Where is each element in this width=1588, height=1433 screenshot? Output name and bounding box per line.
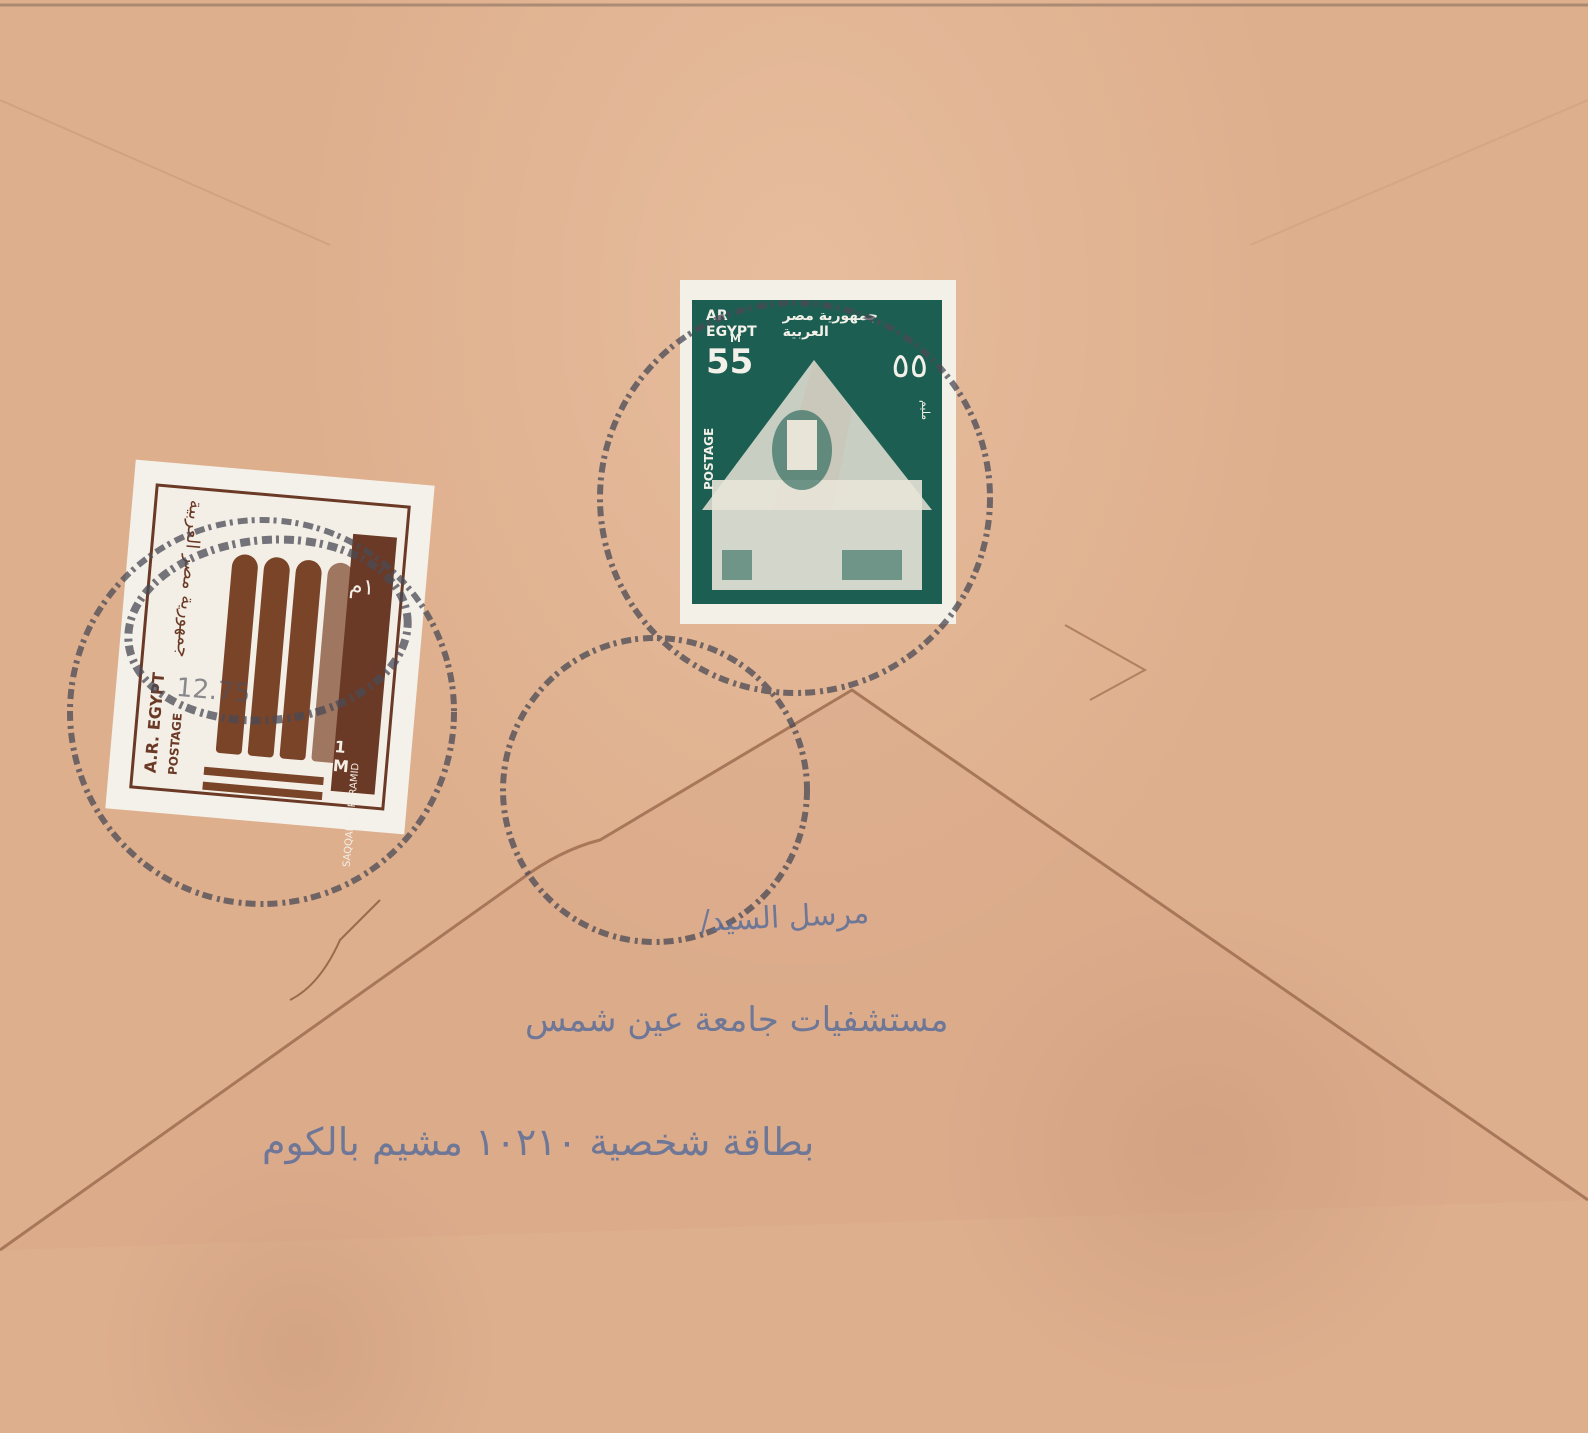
handwritten-id-line: بطاقة شخصية ١٠٢١٠ مشيم بالكوم <box>262 1120 814 1164</box>
stamp-frame: ١م SAQQARAH PYRAMID 1 M جمهورية مصر العر… <box>129 483 411 810</box>
handwritten-address-line: مستشفيات جامعة عين شمس <box>525 1000 949 1040</box>
country-name-ar: جمهورية مصر العربية <box>783 308 928 340</box>
country-name-ar: جمهورية مصر العربية <box>172 499 207 659</box>
postage-label: POSTAGE <box>702 428 716 490</box>
country-name-en: AR EGYPT <box>706 308 783 340</box>
postmark-date: 12.75 <box>175 673 252 709</box>
postage-label: POSTAGE <box>166 712 185 775</box>
milliemes-ar: مليم <box>919 400 932 420</box>
value-en: 1 M <box>332 737 359 777</box>
green-sphinx-stamp: AR EGYPT جمهورية مصر العربية M 55 ٥٥ POS… <box>672 272 964 632</box>
country-name-en: A.R. EGYPT <box>141 672 169 774</box>
value-ar: ١م <box>348 574 376 601</box>
value-en: 55 <box>706 342 753 382</box>
brown-saqqarah-stamp: ١م SAQQARAH PYRAMID 1 M جمهورية مصر العر… <box>100 452 440 842</box>
stamp-design: AR EGYPT جمهورية مصر العربية M 55 ٥٥ POS… <box>692 300 942 604</box>
value-ar: ٥٥ <box>891 346 928 386</box>
envelope-back: AR EGYPT جمهورية مصر العربية M 55 ٥٥ POS… <box>0 0 1588 1433</box>
